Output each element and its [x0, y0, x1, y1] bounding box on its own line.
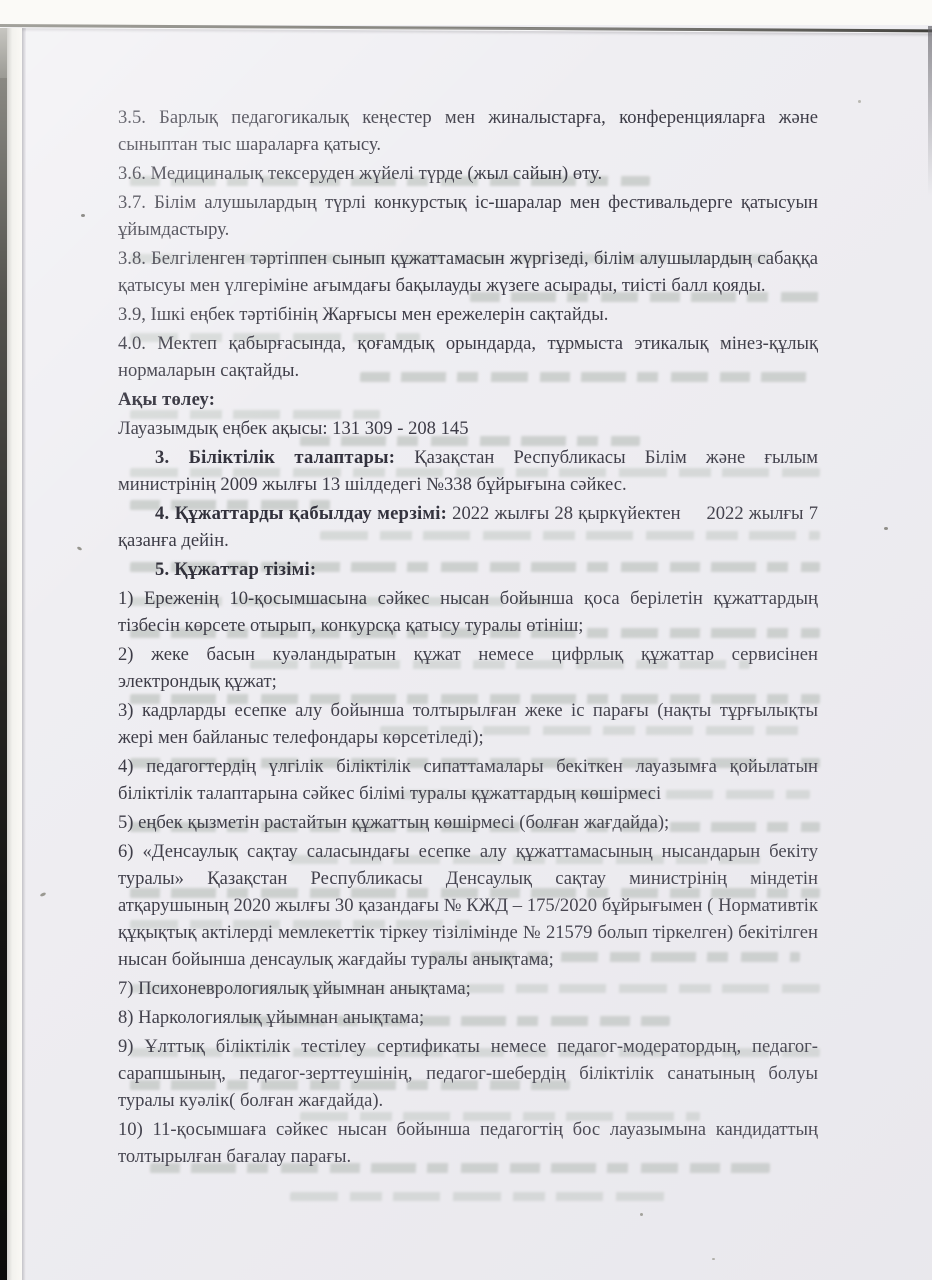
paragraph: 10) 11-қосымшаға сәйкес нысан бойынша пе…	[118, 1116, 818, 1170]
paragraph-text: 7) Психоневрологиялық ұйымнан анықтама;	[118, 978, 471, 999]
dust-speck	[858, 100, 861, 103]
paragraph: 4. Құжаттарды қабылдау мерзімі: 2022 жыл…	[118, 500, 818, 554]
paragraph-text: 3.8. Белгіленген тәртіппен сынып құжатта…	[118, 248, 818, 296]
paragraph-text: 6) «Денсаулық сақтау саласындағы есепке …	[118, 841, 818, 970]
paragraph: 5) еңбек қызметін растайтын құжаттың көш…	[118, 809, 818, 836]
paragraph-text: 3.7. Білім алушылардың түрлі конкурстық …	[118, 192, 818, 240]
paragraph: 4) педагогтердің үлгілік біліктілік сипа…	[118, 753, 818, 807]
paragraph: 3.9, Ішкі еңбек тәртібінің Жарғысы мен е…	[118, 301, 818, 328]
paragraph-text: 8) Наркологиялық ұйымнан анықтама;	[118, 1007, 424, 1028]
document-text: 3.5. Барлық педагогикалық кеңестер мен ж…	[118, 104, 818, 1172]
paragraph: Лауазымдық еңбек ақысы: 131 309 - 208 14…	[118, 415, 818, 442]
paragraph-lead: 3. Біліктілік талаптары:	[155, 447, 395, 468]
paragraph: 5. Құжаттар тізімі:	[118, 556, 818, 583]
paragraph: 3) кадрларды есепке алу бойынша толтырыл…	[118, 697, 818, 751]
scanner-left-dark-edge	[0, 78, 7, 1280]
paragraph-text: 3.6. Медициналық тексеруден жүйелі түрде…	[118, 163, 602, 184]
paragraph: 9) Ұлттық біліктілік тестілеу сертификат…	[118, 1033, 818, 1114]
paragraph-text: 4.0. Мектеп қабырғасында, қоғамдық орынд…	[118, 333, 818, 381]
paragraph-text: 10) 11-қосымшаға сәйкес нысан бойынша пе…	[118, 1119, 818, 1167]
dust-speck	[640, 1213, 643, 1216]
paragraph: 7) Психоневрологиялық ұйымнан анықтама;	[118, 975, 818, 1002]
dust-speck	[81, 214, 85, 217]
page-left-edge-sliver	[7, 28, 22, 1280]
paragraph: 4.0. Мектеп қабырғасында, қоғамдық орынд…	[118, 330, 818, 384]
paragraph: 2) жеке басын куәландыратын құжат немесе…	[118, 641, 818, 695]
dust-speck	[40, 892, 47, 897]
paragraph: 3. Біліктілік талаптары: Қазақстан Респу…	[118, 444, 818, 498]
paragraph-text: 5) еңбек қызметін растайтын құжаттың көш…	[118, 812, 669, 833]
scanner-top-margin	[0, 0, 932, 25]
page-left-crease-shadow	[22, 28, 26, 1280]
paragraph-text: Лауазымдық еңбек ақысы: 131 309 - 208 14…	[118, 418, 469, 439]
paragraph-text: 3.5. Барлық педагогикалық кеңестер мен ж…	[118, 107, 818, 155]
paragraph: 8) Наркологиялық ұйымнан анықтама;	[118, 1004, 818, 1031]
paragraph: 1) Ереженің 10-қосымшасына сәйкес нысан …	[118, 585, 818, 639]
page-top-edge-line	[0, 24, 932, 33]
dust-speck	[884, 527, 888, 530]
paragraph-text: 4) педагогтердің үлгілік біліктілік сипа…	[118, 756, 818, 804]
paragraph-text: 3.9, Ішкі еңбек тәртібінің Жарғысы мен е…	[118, 304, 608, 325]
paragraph: Ақы төлеу:	[118, 386, 818, 413]
paragraph-lead: Ақы төлеу:	[118, 389, 215, 410]
paragraph: 3.8. Белгіленген тәртіппен сынып құжатта…	[118, 245, 818, 299]
page-right-edge-shadow	[928, 26, 932, 196]
bleedthrough-line	[290, 1192, 670, 1201]
paragraph-text: 2) жеке басын куәландыратын құжат немесе…	[118, 644, 818, 692]
paragraph-lead: 4. Құжаттарды қабылдау мерзімі:	[155, 503, 447, 524]
paragraph-text: 9) Ұлттық біліктілік тестілеу сертификат…	[118, 1036, 818, 1111]
dust-speck	[712, 1258, 715, 1260]
paragraph-text: 1) Ереженің 10-қосымшасына сәйкес нысан …	[118, 588, 818, 636]
dust-speck	[77, 546, 83, 551]
paragraph: 3.6. Медициналық тексеруден жүйелі түрде…	[118, 160, 818, 187]
paragraph-lead: 5. Құжаттар тізімі:	[155, 559, 316, 580]
scanned-document: { "colors": { "paper": "#efeef2", "ink":…	[0, 0, 932, 1280]
paragraph: 3.7. Білім алушылардың түрлі конкурстық …	[118, 189, 818, 243]
paragraph: 3.5. Барлық педагогикалық кеңестер мен ж…	[118, 104, 818, 158]
paragraph: 6) «Денсаулық сақтау саласындағы есепке …	[118, 838, 818, 973]
paragraph-text: 3) кадрларды есепке алу бойынша толтырыл…	[118, 700, 818, 748]
